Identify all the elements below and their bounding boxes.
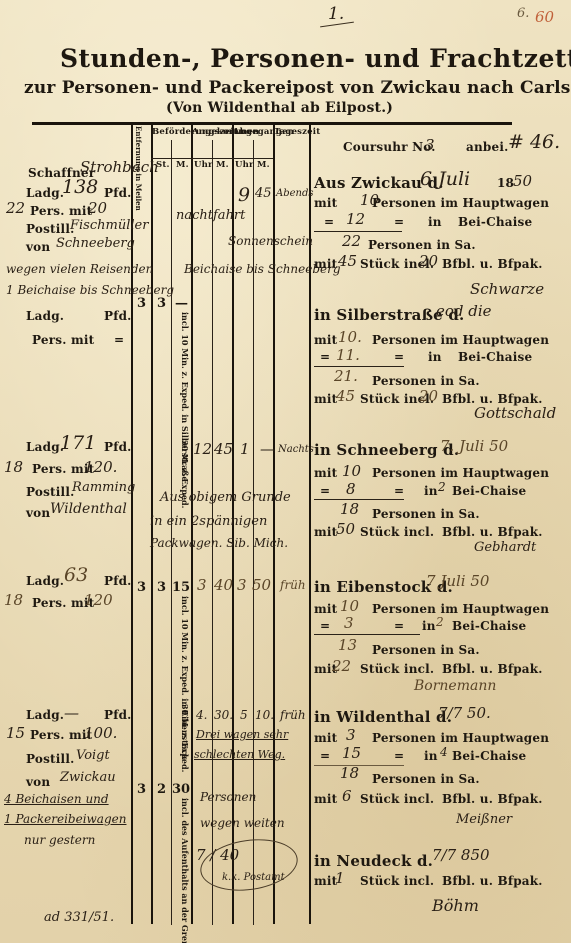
postilion-label: Postill. [26,752,74,766]
from-label: von [26,240,50,254]
remark-left: nur gestern [24,833,95,847]
document-note: (Von Wildenthal ab Eilpost.) [166,100,393,116]
station-date: 6 Juli [420,168,470,190]
daytime: früh [280,578,306,592]
pieces-count: 22 [332,657,351,675]
corner-red-number: 60 [535,8,554,26]
ditto-mark: = [320,749,330,763]
remark-mid: Personen [200,790,256,804]
signature: Schwarze [470,280,544,298]
in-label: in [422,619,436,633]
side-coach-count: 12 [346,210,365,228]
arrived-minutes: 30. [214,708,233,722]
ditto-mark: = [394,749,404,763]
main-coach-label: Personen im Hauptwagen [372,731,549,745]
travel-note: incl. 10 Min. z. Exped. in Eibenstock [180,596,190,666]
with-label: mit [314,874,337,888]
total-persons-label: Personen in Sa. [372,643,480,657]
remark-mid: wegen weiten [200,816,285,830]
load-value: 171 [60,432,96,454]
side-coach-count: 15 [342,744,361,762]
arrived-minutes: 40 [214,576,233,594]
main-coach-count: 3 [346,726,356,744]
col-divider [212,140,213,925]
with-label: mit [314,466,337,480]
header-rule [32,122,512,125]
ditto-mark: = [320,619,330,633]
station-wildenthal: in Wildenthal d. [314,708,452,726]
incl-count: 20 [419,252,438,270]
departed-minutes: 10. [255,708,274,722]
station-date: 7 Juli 50 [426,572,489,590]
document-subtitle: zur Personen- und Packereipost von Zwick… [24,78,571,98]
side-coach-vehicles: 4 [440,745,448,759]
persons-with-value: 100. [84,724,117,742]
main-coach-count: 10 [340,597,359,615]
signature: Böhm [432,896,479,915]
pieces-count: 6 [342,787,352,805]
stamp-text: k.k. Postamt [222,872,285,883]
with-label: mit [314,257,337,271]
from-place: Zwickau [60,770,116,785]
from-label: von [26,775,50,789]
remark-mid: Aus obigem Grunde [160,490,291,505]
with-label: mit [314,792,337,806]
departed-minutes: 50 [252,576,271,594]
postilion-label: Postill. [26,485,74,499]
remark-mid: Drei wagen sehr [196,728,288,741]
travel-note: 30 M. z. Exped. [180,704,190,744]
side-coach-label: Bei-Chaise [452,484,526,498]
corner-mark: 6. [517,6,529,21]
load-label: Ladg. [26,708,64,722]
persons-count: 22 [6,199,25,217]
distance-miles: 3 [137,580,146,595]
persons-with-label: Pers. mit [32,333,94,347]
pieces-label: Stück incl. [360,525,434,539]
in-label: in [428,350,442,364]
station-schneeberg: in Schneeberg d. [314,441,459,459]
side-coach-label: Bei-Chaise [452,619,526,633]
conductor-name: Strohbach [80,158,159,176]
col-divider [171,140,172,925]
departed-minutes: — [260,440,275,458]
remark-left: 1 Packereibeiwagen [4,812,126,826]
pieces-label: Stück incl. [360,792,434,806]
sum-rule [314,366,404,367]
postilion-label: Postill. [26,222,74,236]
daytime: früh [280,708,306,722]
station-date: eod die [436,302,492,320]
arrived-hour: 3 [197,576,207,594]
with-label: mit [314,602,337,616]
col-header-departed: Abgegangen [233,128,273,137]
load-value: 138 [62,176,98,198]
course-clock-value: 3 [425,136,435,154]
load-value: 63 [64,564,88,586]
total-persons: 21. [334,367,358,385]
signature: Gebhardt [474,540,536,555]
header-subrule [151,158,273,159]
from-label: von [26,506,50,520]
signature: Bornemann [414,678,496,694]
station-neudeck: in Neudeck d. [314,852,433,870]
in-label: in [424,484,438,498]
ditto-mark: = [394,619,404,633]
arrived-hour: 12 [193,440,212,458]
side-coach-count: 3 [344,614,354,632]
arrived-hour: 4. [196,708,207,722]
load-label: Ladg. [26,186,64,200]
ditto-mark: = [320,350,330,364]
side-coach-label: Bei-Chaise [452,749,526,763]
travel-minutes: 30 [172,782,190,797]
remark-mid: Packwagen. Sib. Mich. [150,536,288,550]
with-label: mit [314,392,337,406]
col-header-departed-hour: Uhr [235,161,254,170]
col-header-daytime: Tageszeit [274,128,308,137]
col-header-distance: Entfernung in Meilen [134,126,143,158]
remark-mid: nachtfahrt [176,208,245,223]
departed-hour: 5 [240,708,248,722]
travel-hours: 3 [157,296,166,311]
ditto-mark: = [114,333,124,347]
course-clock-attached-label: anbei. [466,140,508,154]
signature: Gottschald [474,404,556,422]
pieces-count: 45 [336,387,355,405]
travel-note: 30 M. z. Exped. [180,440,190,480]
persons-count: 18 [4,458,23,476]
total-persons-label: Personen in Sa. [372,507,480,521]
pieces-label: Stück incl. [360,874,434,888]
ditto-mark: = [394,350,404,364]
postilion-name: Voigt [76,748,110,763]
pounds-label: Pfd. [104,574,132,588]
distance-miles: 3 [137,782,146,797]
signature: Meißner [456,812,512,827]
travel-note: incl. des Aufenthalts an der Grenze [180,798,190,868]
ditto-mark: = [394,484,404,498]
side-coach-label: Bei-Chaise [458,215,532,229]
pieces-count: 1 [335,869,345,887]
total-persons: 13 [338,636,357,654]
side-coach-count: 11. [336,346,360,364]
total-persons: 18 [340,764,359,782]
remark-mid: Sonnenschein [228,234,313,248]
with-label: mit [314,525,337,539]
persons-count: 18 [4,591,23,609]
with-label: mit [314,333,337,347]
arrived-minutes: 45 [214,440,233,458]
from-place: Schneeberg [56,236,135,251]
total-persons-label: Personen in Sa. [372,772,480,786]
travel-hours: 2 [157,782,166,797]
main-coach-count: 10 [342,462,361,480]
incl-count: 20 [419,387,438,405]
station-date: 7/7 850 [432,846,490,864]
persons-count: 15 [6,724,25,742]
travel-minutes: 15 [172,580,190,595]
travel-note: incl. 10 Min. z. Exped. in Silberstraße [180,312,190,392]
departed-minutes: 45 [255,186,272,201]
travel-minutes: — [175,296,188,311]
parcels-label: Bfbl. u. Bfpak. [442,792,543,806]
total-persons-label: Personen in Sa. [372,374,480,388]
ditto-mark: = [320,484,330,498]
pieces-count: 45 [338,252,357,270]
side-coach-vehicles: 2 [438,480,446,494]
load-label: Ladg. [26,574,64,588]
pieces-count: 50 [336,520,355,538]
main-coach-label: Personen im Hauptwagen [372,196,549,210]
persons-with-label: Pers. mit [30,204,92,218]
course-clock-label: Coursuhr No. [343,140,436,154]
departed-hour: 9 [238,184,250,206]
col-header-departed-minutes: M. [257,161,270,170]
document-title: Stunden-, Personen- und Frachtzettel [60,44,571,73]
in-label: in [424,749,438,763]
station-date: 7. Juli 50 [440,437,508,455]
total-persons-label: Personen in Sa. [368,238,476,252]
main-coach-label: Personen im Hauptwagen [372,602,549,616]
side-coach-count: 8 [346,480,356,498]
total-persons: 18 [340,500,359,518]
postilion-name: Ramming [72,480,135,495]
pounds-label: Pfd. [104,708,132,722]
persons-with-value: 120. [84,458,117,476]
remark-left: wegen vielen Reisenden [6,262,153,276]
load-label: Ladg. [26,440,64,454]
remark-mid: schlechten Weg. [194,748,285,761]
in-label: in [428,215,442,229]
daytime: Nachts [278,444,314,455]
distance-miles: 3 [137,296,146,311]
ditto-mark: = [324,215,334,229]
pounds-label: Pfd. [104,440,132,454]
from-place: Wildenthal [50,501,127,517]
load-value: — [64,704,79,722]
col-header-arrived-minutes: M. [216,161,229,170]
pounds-label: Pfd. [104,186,132,200]
remark-mid: in ein 2spännigen [150,514,267,529]
sum-rule [314,634,420,635]
with-label: mit [314,731,337,745]
ditto-mark: = [394,215,404,229]
page-number: 1. [328,4,344,24]
side-coach-vehicles: 2 [436,615,444,629]
postilion-name: Fischmüller [70,218,148,233]
daytime: Abends [276,188,314,199]
main-coach-label: Personen im Hauptwagen [372,466,549,480]
total-persons: 22 [342,232,361,250]
travel-hours: 3 [157,580,166,595]
parcels-label: Bfbl. u. Bfpak. [442,662,543,676]
side-coach-label: Bei-Chaise [458,350,532,364]
persons-with-value: 20 [88,199,107,217]
year-value: 50 [513,172,532,190]
col-header-travel-time: Beförderungszeit [152,128,192,137]
station-date: 7/7 50. [438,704,491,722]
remark-left: 4 Beichaisen und [4,792,109,806]
parcels-label: Bfbl. u. Bfpak. [442,525,543,539]
col-header-travel-minutes: M. [176,161,189,170]
col-header-arrived: Angekommen [192,128,232,137]
year-prefix: 18 [497,176,514,190]
departed-hour: 1 [240,440,250,458]
load-label: Ladg. [26,309,64,323]
pounds-label: Pfd. [104,309,132,323]
main-coach-label: Personen im Hauptwagen [372,333,549,347]
parcels-label: Bfbl. u. Bfpak. [442,874,543,888]
parcels-label: Bfbl. u. Bfpak. [442,257,543,271]
departed-hour: 3 [237,576,247,594]
file-reference: ad 331/51. [44,910,114,925]
pieces-label: Stück incl. [360,662,434,676]
col-divider [253,140,254,925]
course-clock-attached-value: # 46. [508,131,560,153]
persons-with-value: 120 [84,591,113,609]
col-header-arrived-hour: Uhr [194,161,213,170]
main-coach-count: 10. [338,328,362,346]
remark-left: 1 Beichaise bis Schneeberg [6,283,174,297]
with-label: mit [314,196,337,210]
